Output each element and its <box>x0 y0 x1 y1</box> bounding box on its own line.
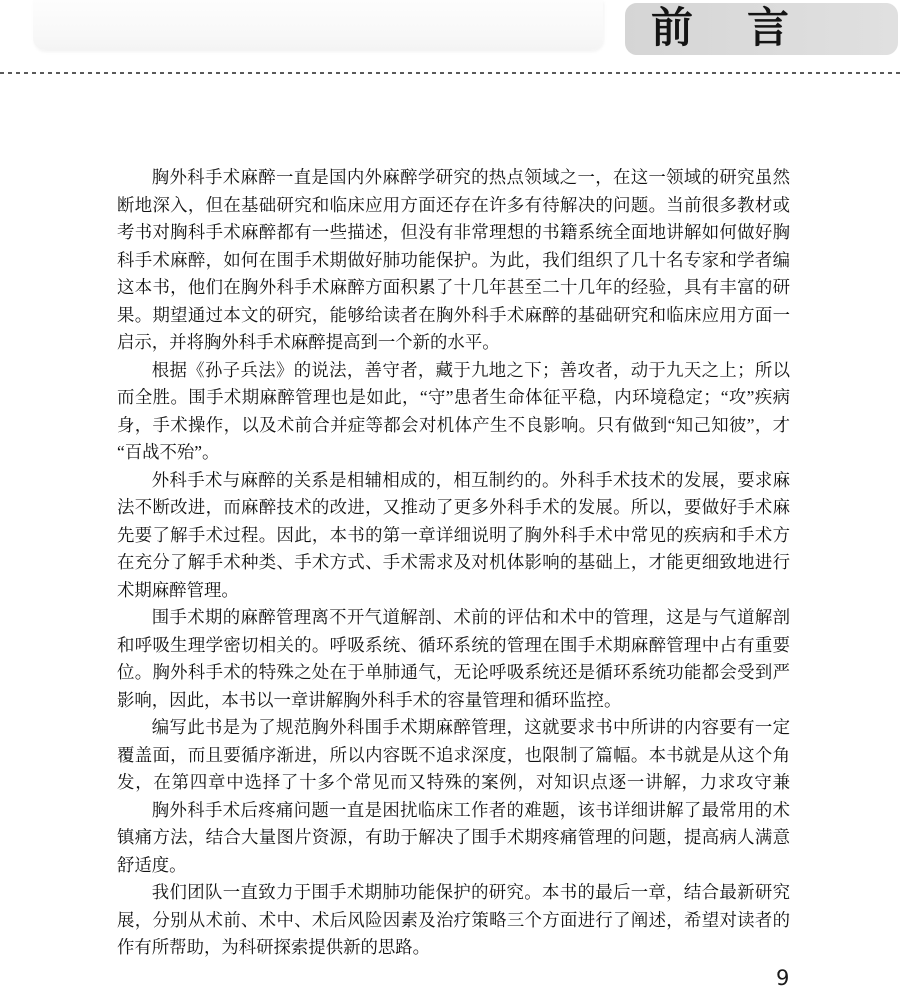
text-line: 果。期望通过本文的研究，能够给读者在胸外科手术麻醉的基础研究和临床应用方面一些 <box>117 302 790 330</box>
text-line: 启示，并将胸外科手术麻醉提高到一个新的水平。 <box>117 329 790 357</box>
dashed-divider <box>0 72 900 74</box>
paragraph: 胸外科手术麻醉一直是国内外麻醉学研究的热点领域之一，在这一领域的研究虽然不断地深… <box>117 164 790 357</box>
paragraph: 我们团队一直致力于围手术期肺功能保护的研究。本书的最后一章，结合最新研究进展，分… <box>117 879 790 962</box>
paragraph: 围手术期的麻醉管理离不开气道解剖、术前的评估和术中的管理，这是与气道解剖知识和呼… <box>117 604 790 714</box>
text-line: 外科手术与麻醉的关系是相辅相成的，相互制约的。外科手术技术的发展，要求麻醉方 <box>117 467 790 495</box>
preface-title-box: 前 言 <box>625 3 898 55</box>
text-line: 覆盖面，而且要循序渐进，所以内容既不追求深度，也限制了篇幅。本书就是从这个角度出 <box>117 742 790 770</box>
book-page: 前 言 胸外科手术麻醉一直是国内外麻醉学研究的热点领域之一，在这一领域的研究虽然… <box>0 0 900 1000</box>
paragraph: 编写此书是为了规范胸外科围手术期麻醉管理，这就要求书中所讲的内容要有一定的覆盖面… <box>117 714 790 797</box>
paragraph: 胸外科手术后疼痛问题一直是困扰临床工作者的难题，该书详细讲解了最常用的术后镇痛方… <box>117 797 790 880</box>
text-line: 我们团队一直致力于围手术期肺功能保护的研究。本书的最后一章，结合最新研究进 <box>117 879 790 907</box>
text-line: 编写此书是为了规范胸外科围手术期麻醉管理，这就要求书中所讲的内容要有一定的 <box>117 714 790 742</box>
text-line: 展，分别从术前、术中、术后风险因素及治疗策略三个方面进行了阐述，希望对读者的临床… <box>117 907 790 935</box>
text-line: 而全胜。围手术期麻醉管理也是如此，“守”患者生命体征平稳，内环境稳定；“攻”疾病… <box>117 384 790 412</box>
text-line: 作有所帮助，为科研探索提供新的思路。 <box>117 934 790 962</box>
text-line: 围手术期的麻醉管理离不开气道解剖、术前的评估和术中的管理，这是与气道解剖知识 <box>117 604 790 632</box>
text-line: 法不断改进，而麻醉技术的改进，又推动了更多外科手术的发展。所以，要做好手术麻醉，… <box>117 494 790 522</box>
text-line: 和呼吸生理学密切相关的。呼吸系统、循环系统的管理在围手术期麻醉管理中占有重要地 <box>117 632 790 660</box>
text-line: 发，在第四章中选择了十多个常见而又特殊的案例，对知识点逐一讲解，力求攻守兼备。 <box>117 769 790 797</box>
text-line: 位。胸外科手术的特殊之处在于单肺通气，无论呼吸系统还是循环系统功能都会受到严重 <box>117 659 790 687</box>
text-line: 这本书，他们在胸外科手术麻醉方面积累了十几年甚至二十几年的经验，具有丰富的研究成 <box>117 274 790 302</box>
preface-body: 胸外科手术麻醉一直是国内外麻醉学研究的热点领域之一，在这一领域的研究虽然不断地深… <box>117 164 790 962</box>
text-line: 舒适度。 <box>117 852 790 880</box>
text-line: 胸外科手术麻醉一直是国内外麻醉学研究的热点领域之一，在这一领域的研究虽然不 <box>117 164 790 192</box>
text-line: 镇痛方法，结合大量图片资源，有助于解决了围手术期疼痛管理的问题，提高病人满意度和 <box>117 824 790 852</box>
text-line: 身，手术操作，以及术前合并症等都会对机体产生不良影响。只有做到“知己知彼”，才能 <box>117 412 790 440</box>
text-line: 在充分了解手术种类、手术方式、手术需求及对机体影响的基础上，才能更细致地进行围手 <box>117 549 790 577</box>
text-line: 先要了解手术过程。因此，本书的第一章详细说明了胸外科手术中常见的疾病和手术方式。 <box>117 522 790 550</box>
text-line: 影响，因此，本书以一章讲解胸外科手术的容量管理和循环监控。 <box>117 687 790 715</box>
header-left-box <box>33 0 603 50</box>
text-line: 科手术麻醉，如何在围手术期做好肺功能保护。为此，我们组织了几十名专家和学者编写了 <box>117 247 790 275</box>
text-line: 断地深入，但在基础研究和临床应用方面还存在许多有待解决的问题。当前很多教材或参 <box>117 192 790 220</box>
paragraph: 外科手术与麻醉的关系是相辅相成的，相互制约的。外科手术技术的发展，要求麻醉方法不… <box>117 467 790 605</box>
text-line: 胸外科手术后疼痛问题一直是困扰临床工作者的难题，该书详细讲解了最常用的术后 <box>117 797 790 825</box>
preface-title: 前 言 <box>625 8 795 50</box>
text-line: 根据《孙子兵法》的说法，善守者，藏于九地之下；善攻者，动于九天之上；所以可以自保 <box>117 357 790 385</box>
page-number: 9 <box>776 966 789 990</box>
text-line: 术期麻醉管理。 <box>117 577 790 605</box>
text-line: “百战不殆”。 <box>117 439 790 467</box>
text-line: 考书对胸科手术麻醉都有一些描述，但没有非常理想的书籍系统全面地讲解如何做好胸外 <box>117 219 790 247</box>
paragraph: 根据《孙子兵法》的说法，善守者，藏于九地之下；善攻者，动于九天之上；所以可以自保… <box>117 357 790 467</box>
